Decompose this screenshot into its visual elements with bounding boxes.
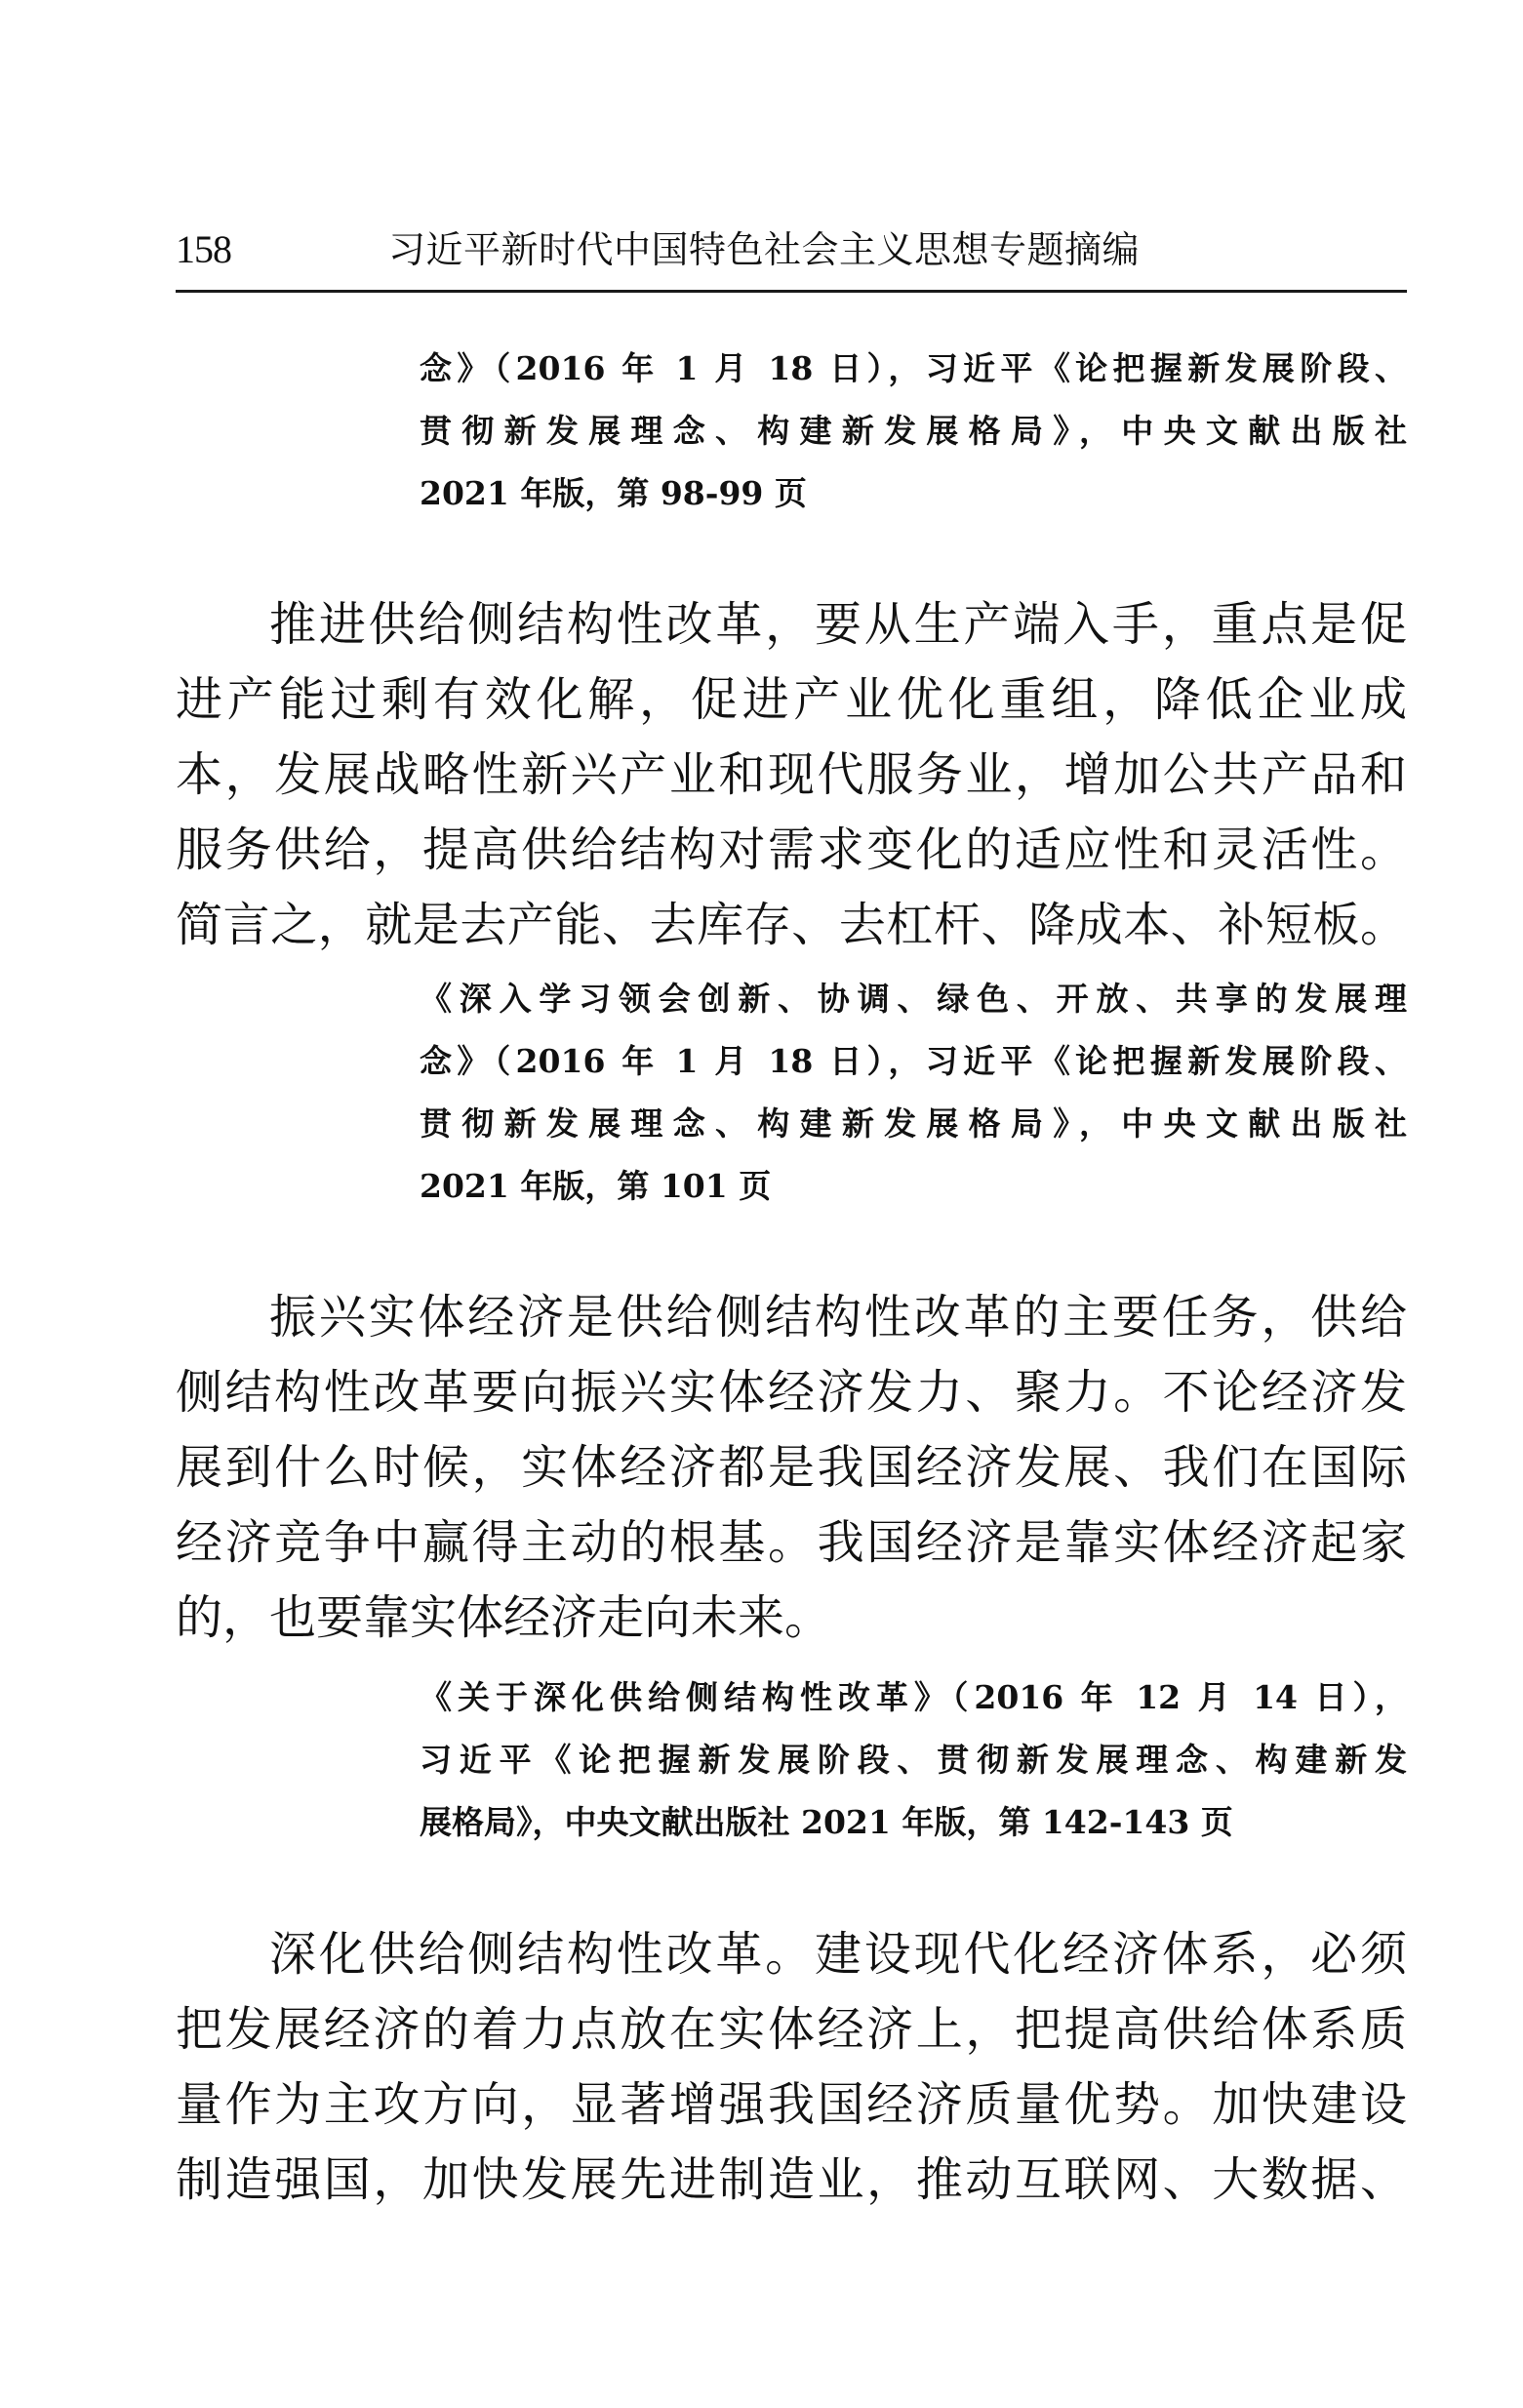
header-rule <box>176 290 1407 293</box>
citation-line: 2021 年版，第 101 页 <box>420 1165 1407 1208</box>
citation-line: 2021 年版，第 98-99 页 <box>420 472 1407 515</box>
paragraph-line: 把发展经济的着力点放在实体经济上，把提高供给体系质 <box>176 2000 1407 2059</box>
citation-line: 展格局》，中央文献出版社 2021 年版，第 142-143 页 <box>420 1801 1407 1844</box>
citation-line: 念》（2016 年 1 月 18 日），习近平《论把握新发展阶段、 <box>420 1040 1407 1083</box>
paragraph-line: 推进供给侧结构性改革，要从生产端入手，重点是促 <box>269 595 1407 654</box>
citation-line: 《关于深化供给侧结构性改革》（2016 年 12 月 14 日）， <box>420 1676 1407 1719</box>
citation-line: 习近平《论把握新发展阶段、贯彻新发展理念、构建新发 <box>420 1739 1407 1782</box>
paragraph-line: 深化供给侧结构性改革。建设现代化经济体系，必须 <box>269 1925 1407 1984</box>
paragraph-line: 振兴实体经济是供给侧结构性改革的主要任务，供给 <box>269 1288 1407 1346</box>
paragraph-line: 经济竞争中赢得主动的根基。我国经济是靠实体经济起家 <box>176 1513 1407 1572</box>
page-number: 158 <box>176 224 231 275</box>
paragraph-line: 制造强国，加快发展先进制造业，推动互联网、大数据、 <box>176 2150 1407 2209</box>
paragraph-line: 展到什么时候，实体经济都是我国经济发展、我们在国际 <box>176 1438 1407 1497</box>
citation-line: 《深入学习领会创新、协调、绿色、开放、共享的发展理 <box>420 978 1407 1021</box>
paragraph-line: 本，发展战略性新兴产业和现代服务业，增加公共产品和 <box>176 745 1407 804</box>
citation-line: 贯彻新发展理念、构建新发展格局》，中央文献出版社 <box>420 1103 1407 1145</box>
book-page: 158 习近平新时代中国特色社会主义思想专题摘编 念》（2016 年 1 月 1… <box>0 0 1523 2408</box>
page-header: 158 习近平新时代中国特色社会主义思想专题摘编 <box>176 224 1407 293</box>
running-title: 习近平新时代中国特色社会主义思想专题摘编 <box>388 224 1140 275</box>
paragraph-line: 侧结构性改革要向振兴实体经济发力、聚力。不论经济发 <box>176 1363 1407 1422</box>
paragraph-line: 简言之，就是去产能、去库存、去杠杆、降成本、补短板。 <box>176 896 1407 954</box>
paragraph-line: 服务供给，提高供给结构对需求变化的适应性和灵活性。 <box>176 821 1407 879</box>
citation-line: 贯彻新发展理念、构建新发展格局》，中央文献出版社 <box>420 410 1407 453</box>
citation-line: 念》（2016 年 1 月 18 日），习近平《论把握新发展阶段、 <box>420 347 1407 390</box>
paragraph-line: 的，也要靠实体经济走向未来。 <box>176 1588 1407 1647</box>
paragraph-line: 进产能过剩有效化解，促进产业优化重组，降低企业成 <box>176 670 1407 729</box>
paragraph-line: 量作为主攻方向，显著增强我国经济质量优势。加快建设 <box>176 2075 1407 2134</box>
